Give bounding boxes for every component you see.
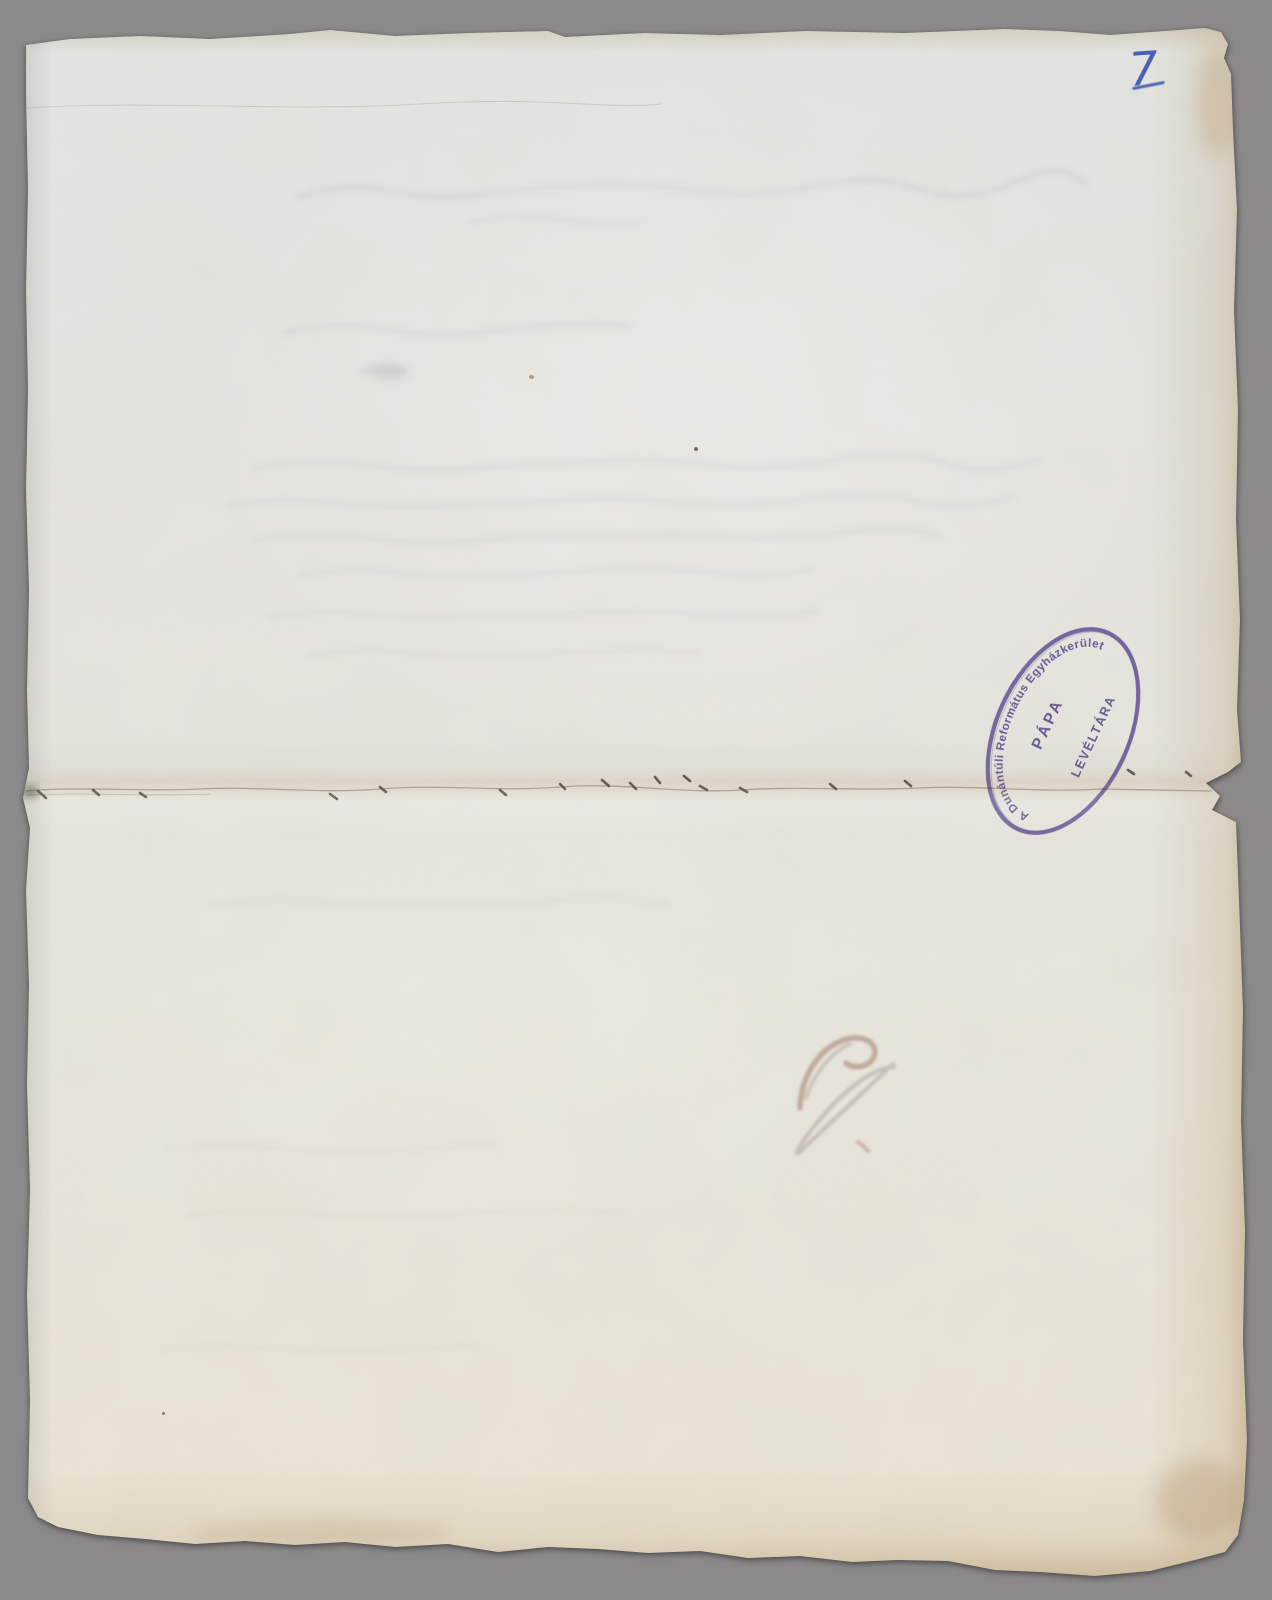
edge-stain [700,18,760,34]
speck [694,447,698,451]
speck [529,375,534,379]
edge-stain [190,1520,450,1546]
stamp-city-text: PÁPA [1029,696,1067,752]
stamp-arc-text: A Dunántúli Református Egyházkerület [966,616,1109,823]
corner-stain [1155,1460,1245,1540]
document-page: 7 A Dunántúli Református Egyházkerület P… [0,0,1272,1600]
smudge [368,364,410,380]
scanner-background: 7 A Dunántúli Református Egyházkerület P… [0,0,1272,1600]
document-page-wrapper: 7 A Dunántúli Református Egyházkerület P… [0,0,1272,1600]
speck [162,1412,165,1415]
edge-stain [1196,46,1240,156]
archive-stamp: A Dunántúli Református Egyházkerület PÁP… [944,592,1181,870]
stamp-archive-text: LEVÉLTÁRA [1068,693,1119,780]
stamp-border [958,605,1169,857]
